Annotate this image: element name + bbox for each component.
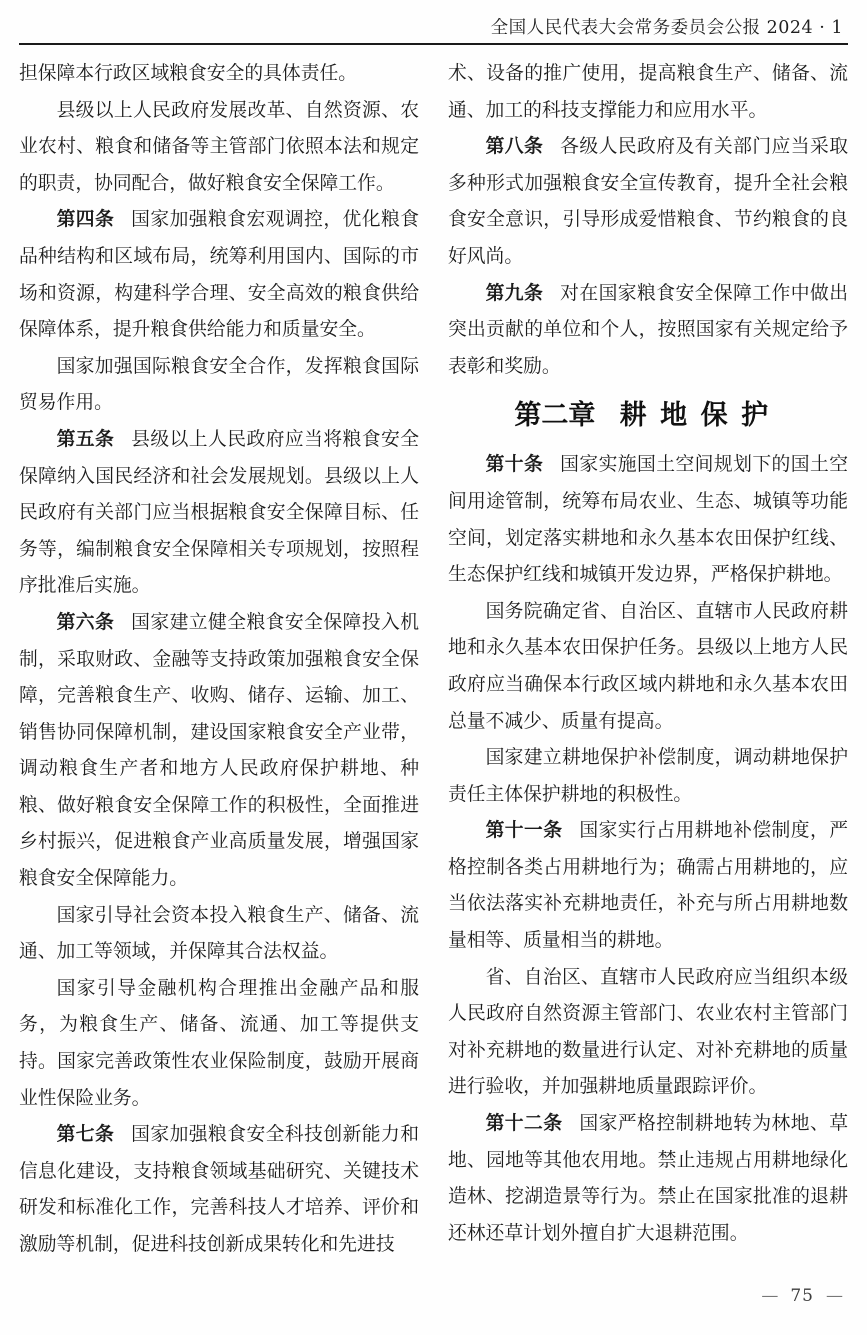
page-header: 全国人民代表大会常务委员会公报 2024 · 1 (19, 14, 843, 39)
article-number: 第五条 (57, 429, 115, 450)
article-number: 第十二条 (486, 1113, 563, 1134)
text-columns: 担保障本行政区域粮食安全的具体责任。 县级以上人民政府发展改革、自然资源、农业农… (19, 56, 848, 1264)
paragraph-text: 县级以上人民政府发展改革、自然资源、农业农村、粮食和储备等主管部门依照本法和规定… (19, 100, 419, 194)
paragraph: 省、自治区、直辖市人民政府应当组织本级人民政府自然资源主管部门、农业农村主管部门… (448, 960, 848, 1106)
paragraph-text: 术、设备的推广使用，提高粮食生产、储备、流通、加工的科技支撑能力和应用水平。 (448, 63, 848, 121)
bulletin-title: 全国人民代表大会常务委员会公报 2024 · 1 (491, 18, 843, 38)
article-number: 第七条 (57, 1124, 115, 1145)
paragraph: 第八条各级人民政府及有关部门应当采取多种形式加强粮食安全宣传教育，提升全社会粮食… (448, 129, 848, 275)
paragraph: 第十条国家实施国土空间规划下的国土空间用途管制，统筹布局农业、生态、城镇等功能空… (448, 447, 848, 593)
paragraph: 第六条国家建立健全粮食安全保障投入机制，采取财政、金融等支持政策加强粮食安全保障… (19, 605, 419, 898)
paragraph: 国家建立耕地保护补偿制度，调动耕地保护责任主体保护耕地的积极性。 (448, 740, 848, 813)
article-number: 第十条 (486, 454, 544, 475)
column-left: 担保障本行政区域粮食安全的具体责任。 县级以上人民政府发展改革、自然资源、农业农… (19, 56, 419, 1264)
paragraph-text: 省、自治区、直辖市人民政府应当组织本级人民政府自然资源主管部门、农业农村主管部门… (448, 967, 848, 1098)
paragraph: 第五条县级以上人民政府应当将粮食安全保障纳入国民经济和社会发展规划。县级以上人民… (19, 422, 419, 605)
bulletin-page: 全国人民代表大会常务委员会公报 2024 · 1 担保障本行政区域粮食安全的具体… (0, 0, 867, 1335)
paragraph: 国家引导金融机构合理推出金融产品和服务，为粮食生产、储备、流通、加工等提供支持。… (19, 971, 419, 1117)
paragraph: 第十二条国家严格控制耕地转为林地、草地、园地等其他农用地。禁止违规占用耕地绿化造… (448, 1106, 848, 1252)
paragraph: 国家加强国际粮食安全合作，发挥粮食国际贸易作用。 (19, 349, 419, 422)
paragraph: 第十一条国家实行占用耕地补偿制度，严格控制各类占用耕地行为；确需占用耕地的，应当… (448, 813, 848, 959)
article-number: 第六条 (57, 612, 115, 633)
column-right: 术、设备的推广使用，提高粮食生产、储备、流通、加工的科技支撑能力和应用水平。 第… (448, 56, 848, 1264)
paragraph-text: 国家引导社会资本投入粮食生产、储备、流通、加工等领域，并保障其合法权益。 (19, 905, 419, 963)
paragraph: 国家引导社会资本投入粮食生产、储备、流通、加工等领域，并保障其合法权益。 (19, 898, 419, 971)
paragraph: 第四条国家加强粮食宏观调控，优化粮食品种结构和区域布局，统筹利用国内、国际的市场… (19, 202, 419, 348)
paragraph: 担保障本行政区域粮食安全的具体责任。 (19, 56, 419, 93)
paragraph-text: 国家加强国际粮食安全合作，发挥粮食国际贸易作用。 (19, 356, 419, 414)
paragraph: 第九条对在国家粮食安全保障工作中做出突出贡献的单位和个人，按照国家有关规定给予表… (448, 276, 848, 386)
footer-dash-left: — (761, 1286, 778, 1306)
article-number: 第十一条 (486, 820, 563, 841)
paragraph-text: 县级以上人民政府应当将粮食安全保障纳入国民经济和社会发展规划。县级以上人民政府有… (19, 429, 419, 596)
paragraph: 国务院确定省、自治区、直辖市人民政府耕地和永久基本农田保护任务。县级以上地方人民… (448, 594, 848, 740)
chapter-number: 第二章 (514, 400, 595, 431)
paragraph: 术、设备的推广使用，提高粮食生产、储备、流通、加工的科技支撑能力和应用水平。 (448, 56, 848, 129)
paragraph-text: 国务院确定省、自治区、直辖市人民政府耕地和永久基本农田保护任务。县级以上地方人民… (448, 601, 848, 732)
chapter-title: 耕地保护 (620, 400, 782, 431)
article-number: 第八条 (486, 136, 544, 157)
paragraph: 第七条国家加强粮食安全科技创新能力和信息化建设，支持粮食领域基础研究、关键技术研… (19, 1117, 419, 1263)
page-number: 75 (790, 1286, 814, 1306)
header-divider (19, 43, 848, 45)
article-number: 第四条 (57, 209, 115, 230)
paragraph-text: 国家引导金融机构合理推出金融产品和服务，为粮食生产、储备、流通、加工等提供支持。… (19, 978, 419, 1109)
paragraph: 县级以上人民政府发展改革、自然资源、农业农村、粮食和储备等主管部门依照本法和规定… (19, 93, 419, 203)
paragraph-text: 国家建立耕地保护补偿制度，调动耕地保护责任主体保护耕地的积极性。 (448, 747, 848, 805)
page-footer: —75— (761, 1286, 843, 1306)
article-number: 第九条 (486, 283, 544, 304)
chapter-heading: 第二章耕地保护 (448, 399, 848, 433)
footer-dash-right: — (826, 1286, 843, 1306)
paragraph-text: 国家建立健全粮食安全保障投入机制，采取财政、金融等支持政策加强粮食安全保障，完善… (19, 612, 419, 889)
paragraph-text: 担保障本行政区域粮食安全的具体责任。 (19, 63, 357, 84)
